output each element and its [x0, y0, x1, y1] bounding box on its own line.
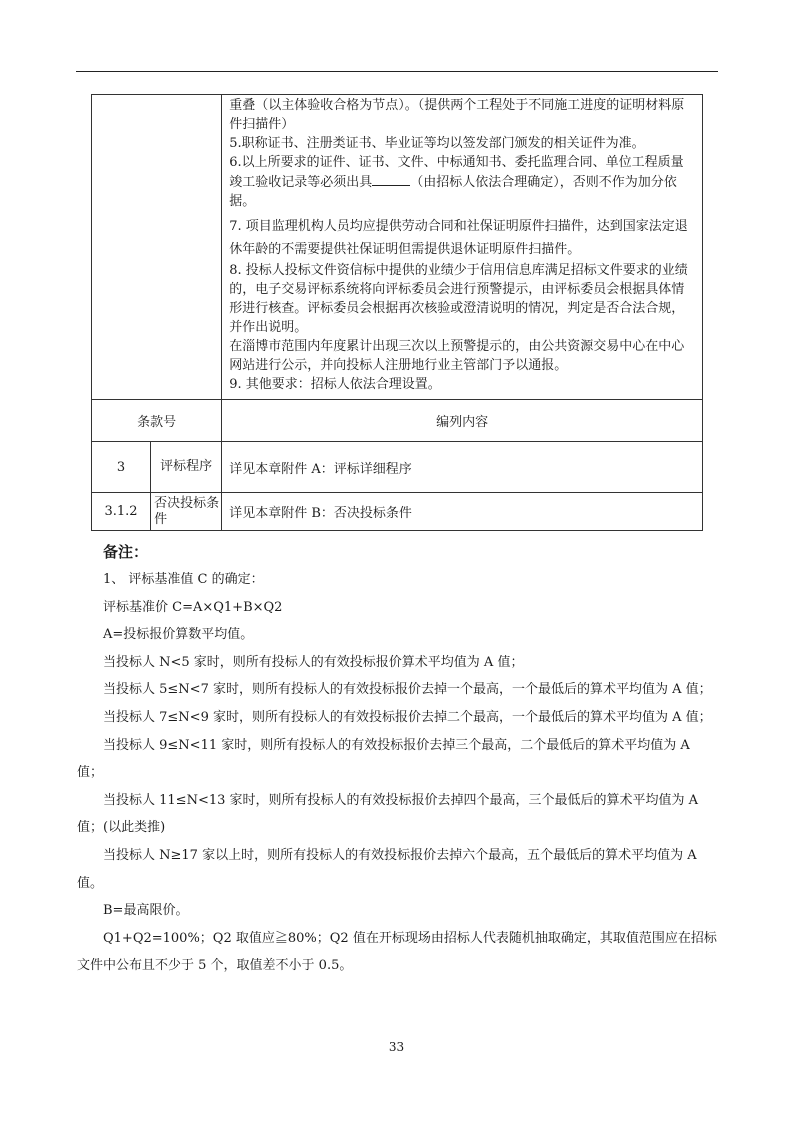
notes-b-definition: B=最高限价。 [77, 897, 719, 925]
fill-in-blank [372, 172, 410, 186]
clause-content: 详见本章附件 A：评标详细程序 [222, 442, 703, 493]
table-row: 3.1.2 否决投标条件 详见本章附件 B：否决投标条件 [92, 493, 703, 531]
header-clause-no: 条款号 [92, 400, 222, 442]
notes-rule-5-7: 当投标人 5≤N<7 家时，则所有投标人的有效投标报价去掉一个最高，一个最低后的… [77, 676, 719, 704]
notes-rule-11-13: 当投标人 11≤N<13 家时，则所有投标人的有效投标报价去掉四个最高，三个最低… [77, 787, 719, 842]
clause-number: 3.1.2 [92, 493, 151, 531]
table-row: 3 评标程序 详见本章附件 A：评标详细程序 [92, 442, 703, 493]
table-row-continued: 重叠（以主体验收合格为节点）。（提供两个工程处于不同施工进度的证明材料原件扫描件… [92, 95, 703, 400]
notes-formula: 评标基准价 C=A×Q1+B×Q2 [77, 594, 719, 622]
requirements-cell: 重叠（以主体验收合格为节点）。（提供两个工程处于不同施工进度的证明材料原件扫描件… [222, 95, 703, 400]
notes-rule-9-11: 当投标人 9≤N<11 家时，则所有投标人的有效投标报价去掉三个最高，二个最低后… [77, 732, 719, 787]
page-header-rule [76, 71, 718, 72]
notes-rule-7-9: 当投标人 7≤N<9 家时，则所有投标人的有效投标报价去掉二个最高，一个最低后的… [77, 704, 719, 732]
notes-q-rule: Q1+Q2=100%；Q2 取值应≧80%；Q2 值在开标现场由招标人代表随机抽… [77, 925, 719, 980]
requirement-7: 7. 项目监理机构人员均应提供劳动合同和社保证明原件扫描件，达到国家法定退休年龄… [229, 215, 696, 261]
evaluation-clause-table: 重叠（以主体验收合格为节点）。（提供两个工程处于不同施工进度的证明材料原件扫描件… [91, 94, 703, 531]
notes-section: 备注： 1、 评标基准值 C 的确定： 评标基准价 C=A×Q1+B×Q2 A=… [77, 538, 719, 980]
clause-name: 评标程序 [151, 442, 222, 493]
notes-a-definition: A=投标报价算数平均值。 [77, 621, 719, 649]
notes-rule-ge17: 当投标人 N≥17 家以上时，则所有投标人的有效投标报价去掉六个最高，五个最低后… [77, 842, 719, 897]
notes-item1-heading: 1、 评标基准值 C 的确定： [77, 566, 719, 594]
requirement-6: 6.以上所要求的证件、证书、文件、中标通知书、委托监理合同、单位工程质量竣工验收… [229, 153, 696, 211]
requirement-8: 8. 投标人投标文件资信标中提供的业绩少于信用信息库满足招标文件要求的业绩的，电… [229, 261, 696, 337]
clause-name: 否决投标条件 [151, 493, 222, 531]
notes-title: 备注： [103, 538, 719, 566]
requirement-5: 5.职称证书、注册类证书、毕业证等均以签发部门颁发的相关证件为准。 [229, 134, 696, 153]
requirement-9: 9. 其他要求：招标人依法合理设置。 [229, 375, 696, 394]
requirement-8-warning: 在淄博市范围内年度累计出现三次以上预警提示的，由公共资源交易中心在中心网站进行公… [229, 337, 696, 375]
page-number: 33 [0, 1040, 793, 1054]
empty-clause-cell [92, 95, 222, 400]
requirement-overlap: 重叠（以主体验收合格为节点）。（提供两个工程处于不同施工进度的证明材料原件扫描件… [229, 96, 696, 134]
header-content: 编列内容 [222, 400, 703, 442]
notes-rule-lt5: 当投标人 N<5 家时，则所有投标人的有效投标报价算术平均值为 A 值； [77, 649, 719, 677]
clause-number: 3 [92, 442, 151, 493]
table-header-row: 条款号 编列内容 [92, 400, 703, 442]
clause-content: 详见本章附件 B：否决投标条件 [222, 493, 703, 531]
